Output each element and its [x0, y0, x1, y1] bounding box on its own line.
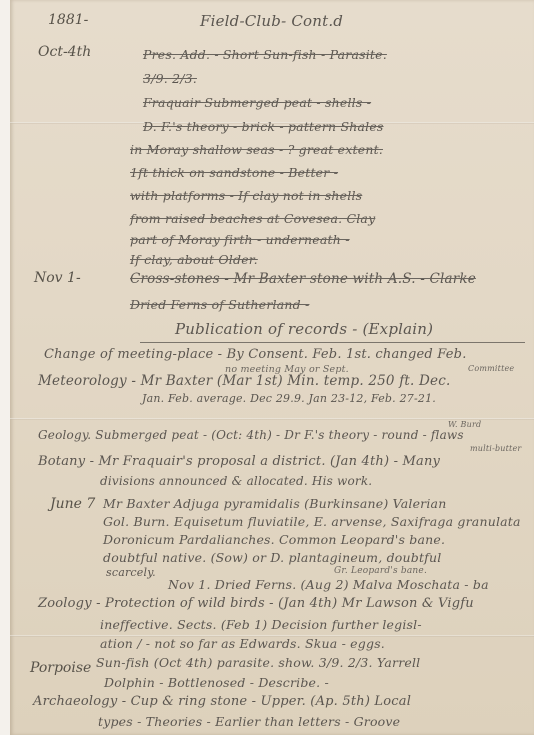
botany-record-note: Gr. Leopard's bane. [334, 564, 427, 578]
entry-date: Nov 1- [34, 270, 81, 286]
botany-line: Botany - Mr Fraquair's proposal a distri… [38, 455, 440, 469]
botany-record-line: doubtful native. (Sow) or D. plantagineu… [103, 551, 441, 565]
zoology-line: ineffective. Sects. (Feb 1) Decision fur… [100, 618, 422, 632]
meeting-place-line: Change of meeting-place - By Consent. Fe… [44, 348, 467, 362]
geology-line: Geology. Submerged peat - (Oct: 4th) - D… [38, 428, 464, 442]
committee-note: Committee [468, 362, 514, 376]
entry-line: Pres. Add. - Short Sun-fish - Parasite. [143, 48, 387, 62]
zoology-line: Zoology - Protection of wild birds - (Ja… [38, 597, 474, 611]
botany-record-line: Nov 1. Dried Ferns. (Aug 2) Malva Moscha… [168, 578, 489, 592]
section-heading: Publication of records - (Explain) [175, 322, 433, 336]
entry-line: from raised beaches at Covesea. Clay [130, 212, 375, 226]
archaeology-line: Archaeology - Cup & ring stone - Upper. … [33, 695, 411, 709]
entry-line: D. F.'s theory - brick - pattern Shales [143, 120, 384, 134]
heading-rule [140, 342, 525, 343]
entry-date: June 7 [50, 496, 95, 512]
page-title: Field-Club- Cont.d [200, 14, 343, 28]
entry-line: Cross-stones - Mr Baxter stone with A.S.… [130, 272, 476, 286]
porpoise-line: Dolphin - Bottlenosed - Describe. - [104, 676, 329, 690]
year-label: 1881- [48, 12, 88, 28]
entry-date: Oct-4th [38, 44, 91, 60]
entry-line: 1ft thick on sandstone - Better - [130, 166, 338, 180]
entry-line: 3/9. 2/3. [143, 72, 197, 86]
botany-record-line: scarcely. [106, 566, 156, 580]
archaeology-line: types - Theories - Earlier than letters … [98, 715, 400, 729]
entry-line: with platforms - If clay not in shells [130, 189, 362, 203]
botany-record-line: Doronicum Pardalianches. Common Leopard'… [103, 533, 445, 547]
entry-line: Fraquair Submerged peat - shells - [143, 96, 371, 110]
botany-record-line: Gol. Burn. Equisetum fluviatile, E. arve… [103, 515, 521, 529]
meteorology-line: Jan. Feb. average. Dec 29.9. Jan 23-12, … [142, 392, 436, 406]
porpoise-label: Porpoise [30, 660, 91, 676]
porpoise-line: Sun-fish (Oct 4th) parasite. show. 3/9. … [96, 656, 420, 670]
zoology-line: ation / - not so far as Edwards. Skua - … [100, 637, 385, 651]
entry-line: in Moray shallow seas - ? great extent. [130, 143, 383, 157]
entry-line: If clay, about Older. [130, 253, 258, 267]
botany-line: divisions announced & allocated. His wor… [100, 474, 372, 488]
entry-line: part of Moray firth - underneath - [130, 233, 350, 247]
botany-record-line: Mr Baxter Adjuga pyramidalis (Burkinsane… [103, 497, 446, 511]
entry-line: Dried Ferns of Sutherland - [130, 298, 309, 312]
geology-note: multi-butter [470, 442, 521, 456]
meteorology-line: Meteorology - Mr Baxter (Mar 1st) Min. t… [38, 374, 450, 388]
